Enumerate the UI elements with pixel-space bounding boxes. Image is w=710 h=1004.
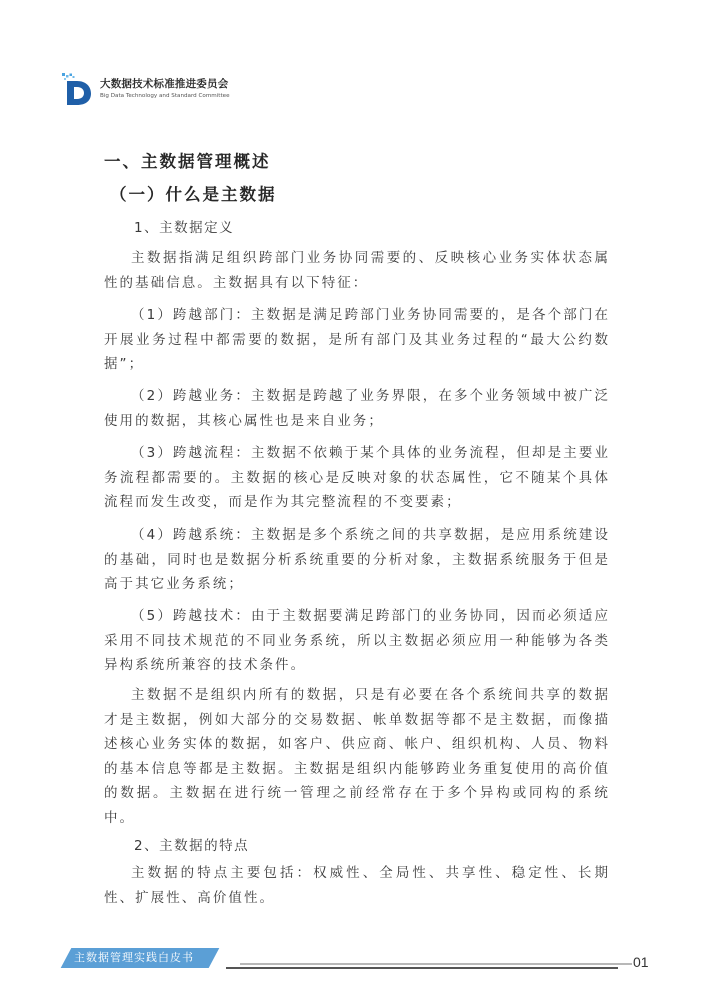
chapter-title: 一、主数据管理概述 [104,148,271,172]
paragraph-characteristics: 主数据的特点主要包括：权威性、全局性、共享性、稳定性、长期性、扩展性、高价值性。 [104,861,610,910]
logo-icon [60,72,94,106]
page-number: 01 [633,954,649,970]
subsection-title-definition: 1、主数据定义 [134,216,234,236]
org-name-cn: 大数据技术标准推进委员会 [100,78,230,91]
org-name-en: Big Data Technology and Standard Committ… [100,92,230,100]
page-header: 大数据技术标准推进委员会 Big Data Technology and Sta… [60,72,230,106]
paragraph-feature-1: （1）跨越部门：主数据是满足跨部门业务协同需要的，是各个部门在开展业务过程中都需… [104,303,610,377]
page-footer: 主数据管理实践白皮书 01 [60,948,660,974]
paragraph-feature-4: （4）跨越系统：主数据是多个系统之间的共享数据，是应用系统建设的基础，同时也是数… [104,523,610,597]
paragraph-feature-3: （3）跨越流程：主数据不依赖于某个具体的业务流程，但却是主要业务流程都需要的。主… [104,441,610,515]
footer-rule-light [240,963,632,965]
book-title: 主数据管理实践白皮书 [74,950,194,966]
paragraph-definition: 主数据指满足组织跨部门业务协同需要的、反映核心业务实体状态属性的基础信息。主数据… [104,246,610,295]
paragraph-feature-5: （5）跨越技术：由于主数据要满足跨部门的业务协同，因而必须适应采用不同技术规范的… [104,604,610,678]
paragraph-scope: 主数据不是组织内所有的数据，只是有必要在各个系统间共享的数据才是主数据，例如大部… [104,683,610,830]
footer-rule-dark [226,967,618,969]
section-title: （一）什么是主数据 [110,181,277,205]
paragraph-feature-2: （2）跨越业务：主数据是跨越了业务界限，在多个业务领域中被广泛使用的数据，其核心… [104,384,610,433]
subsection-title-characteristics: 2、主数据的特点 [134,834,249,854]
